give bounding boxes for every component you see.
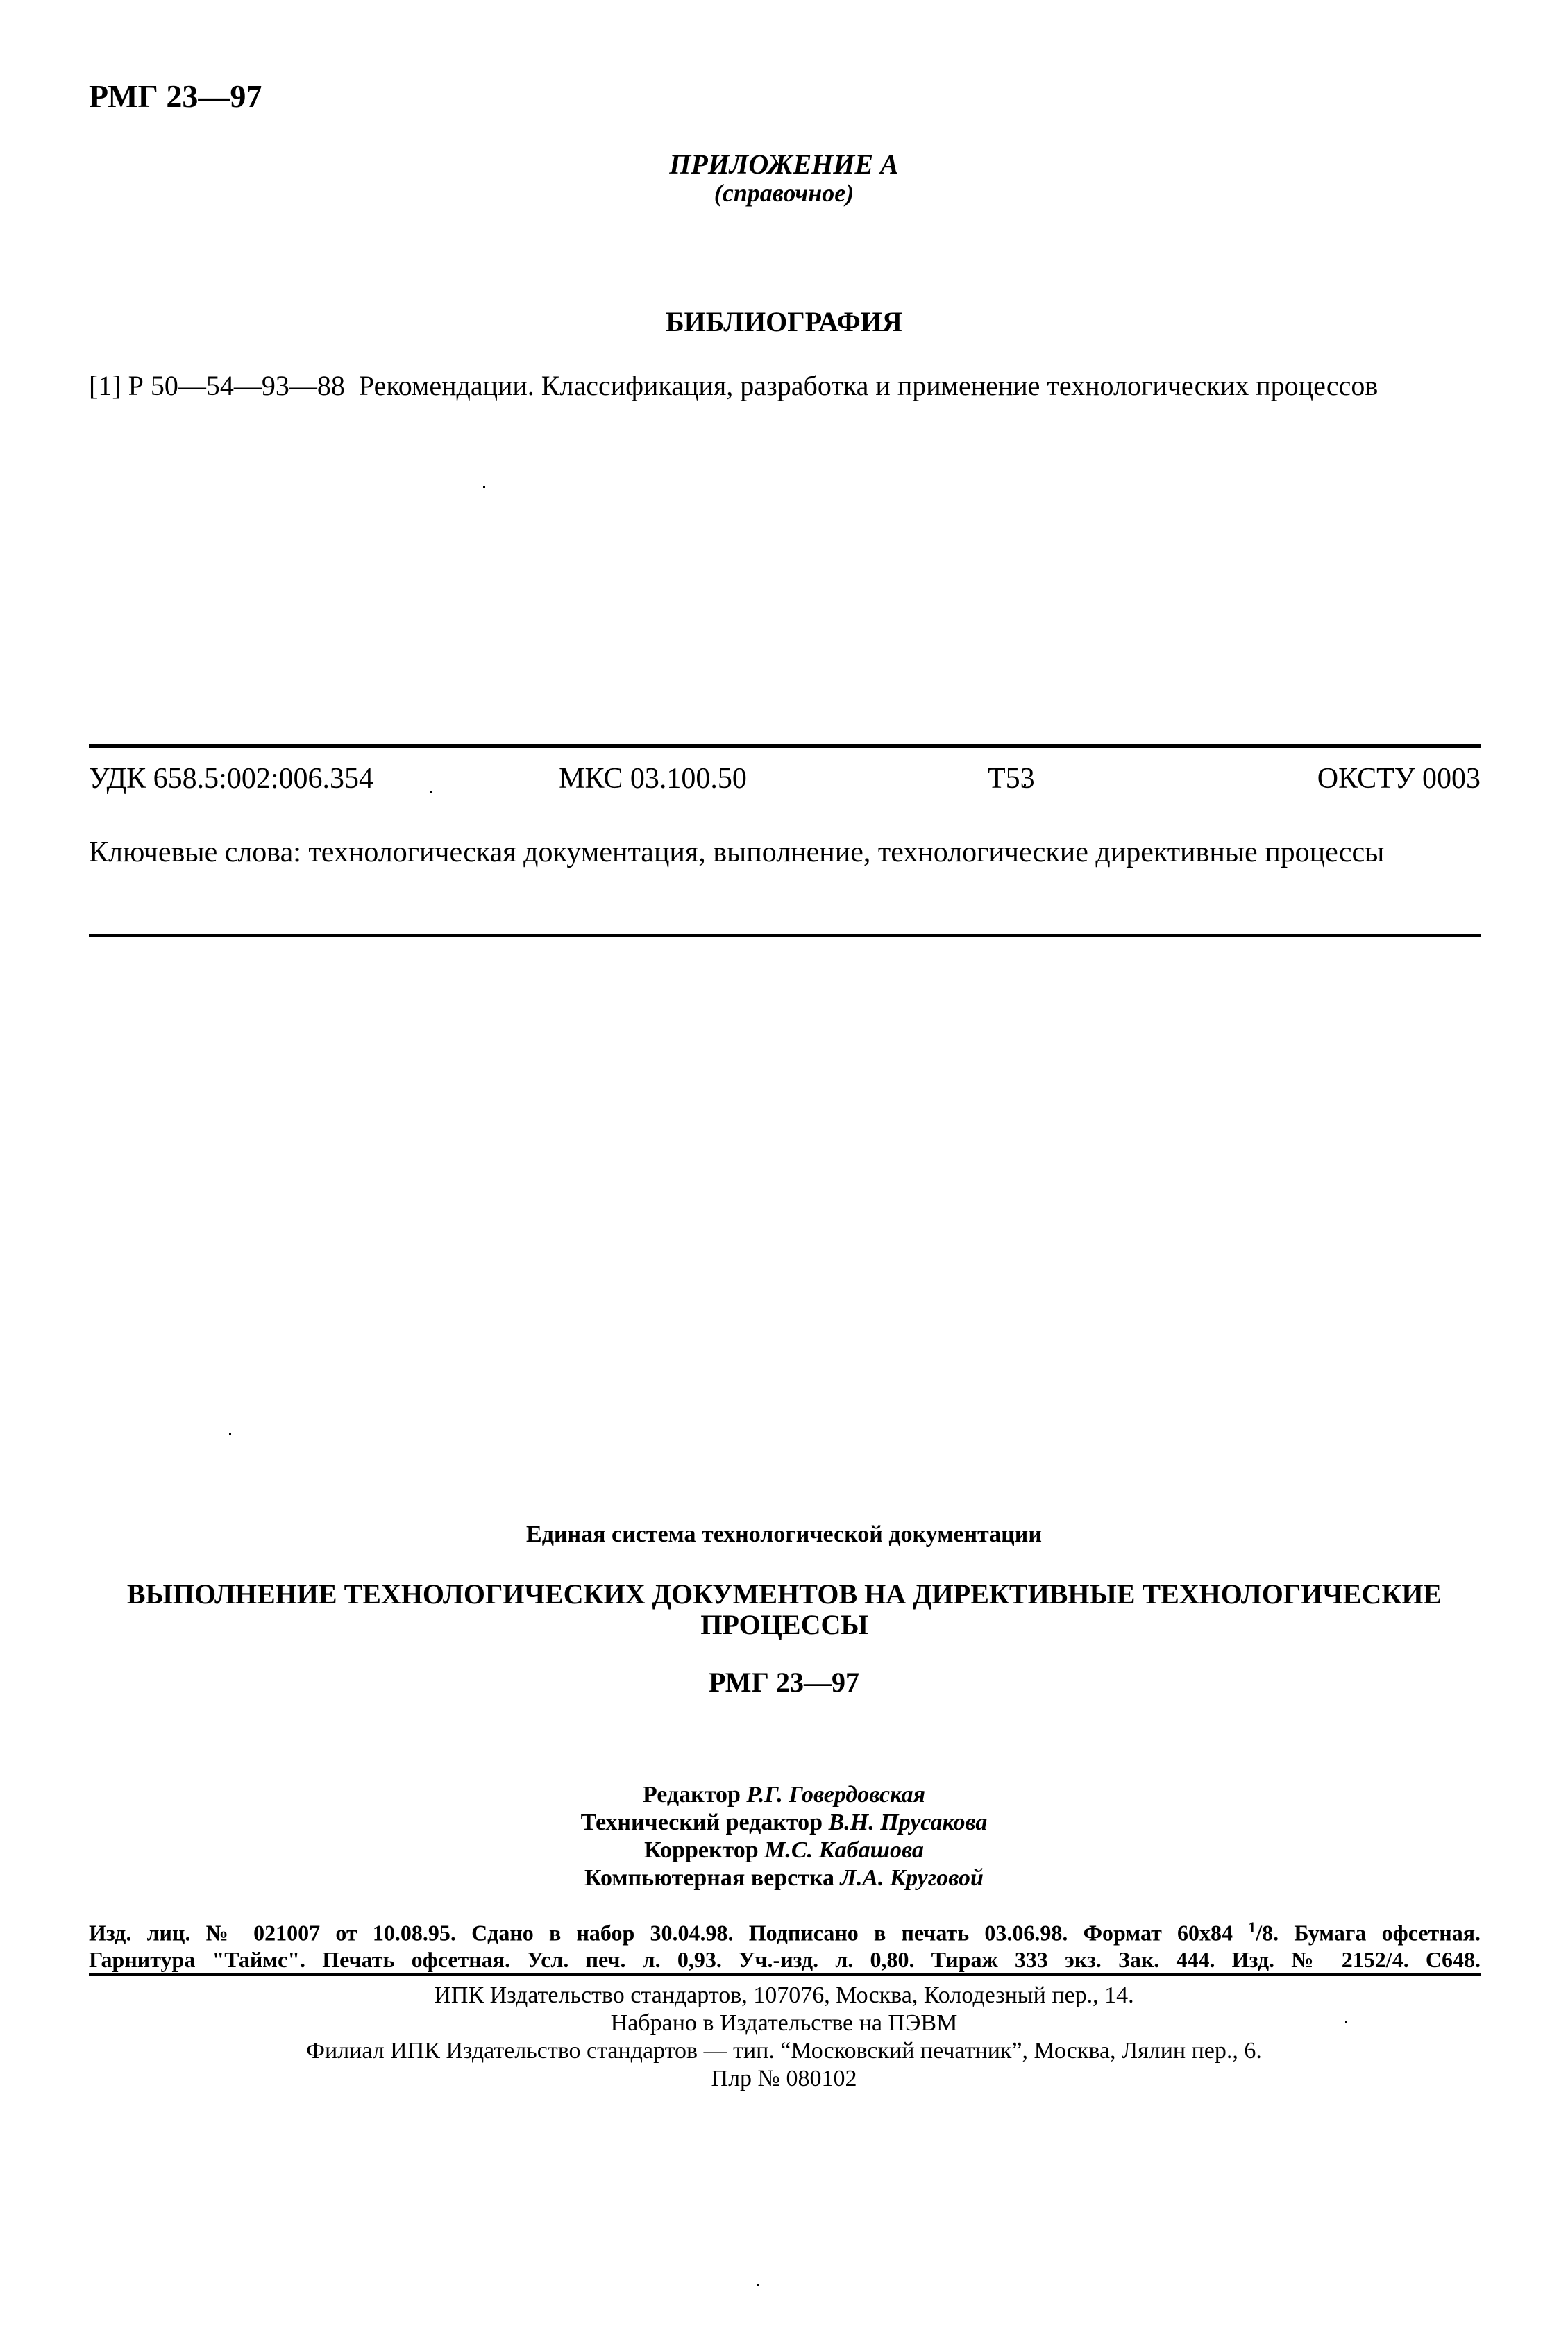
format-fraction-denominator: /8 bbox=[1256, 1921, 1273, 1946]
udk-code: УДК 658.5:002:006.354 bbox=[89, 762, 373, 795]
credit-name: Л.А. Круговой bbox=[841, 1865, 984, 1891]
bibliography-entry-text: Рекомендации. Классификация, разработка … bbox=[359, 370, 1378, 401]
divider-bottom bbox=[89, 934, 1481, 937]
format-fraction-numerator: 1 bbox=[1248, 1919, 1256, 1936]
appendix-subtitle: (справочное) bbox=[0, 178, 1568, 208]
classification-row: УДК 658.5:002:006.354 МКС 03.100.50 Т53 … bbox=[89, 762, 1481, 795]
group-code: Т53 bbox=[988, 762, 1035, 795]
scan-speck bbox=[229, 1433, 231, 1435]
credit-editor: Редактор Р.Г. Говердовская bbox=[0, 1781, 1568, 1809]
document-code: РМГ 23—97 bbox=[0, 1666, 1568, 1699]
divider-top bbox=[89, 744, 1481, 748]
scan-speck bbox=[757, 2284, 759, 2286]
keywords-text: технологическая документация, выполнение… bbox=[308, 836, 1384, 868]
keywords: Ключевые слова: технологическая документ… bbox=[89, 833, 1481, 872]
okstu-code: ОКСТУ 0003 bbox=[1317, 762, 1481, 795]
appendix-title: ПРИЛОЖЕНИЕ А bbox=[0, 148, 1568, 180]
bibliography-entry: [1] Р 50—54—93—88 Рекомендации. Классифи… bbox=[89, 369, 1378, 402]
document-title-line-1: ВЫПОЛНЕНИЕ ТЕХНОЛОГИЧЕСКИХ ДОКУМЕНТОВ НА… bbox=[104, 1579, 1465, 1610]
imprint: Изд. лиц. № 021007 от 10.08.95. Сдано в … bbox=[89, 1914, 1481, 1973]
scan-speck bbox=[483, 486, 485, 488]
credit-name: М.С. Кабашова bbox=[764, 1837, 924, 1863]
credit-role: Редактор bbox=[643, 1782, 741, 1807]
imprint-line-2: Гарнитура "Таймс". Печать офсетная. Усл.… bbox=[89, 1946, 1481, 1973]
publisher-line-4: Плр № 080102 bbox=[0, 2065, 1568, 2093]
credits: Редактор Р.Г. Говердовская Технический р… bbox=[0, 1781, 1568, 1892]
publisher-line-2: Набрано в Издательстве на ПЭВМ bbox=[0, 2009, 1568, 2037]
credit-tech-editor: Технический редактор В.Н. Прусакова bbox=[0, 1809, 1568, 1837]
bibliography-title: БИБЛИОГРАФИЯ bbox=[0, 305, 1568, 338]
scan-speck bbox=[430, 791, 432, 793]
publisher-line-1: ИПК Издательство стандартов, 107076, Мос… bbox=[0, 1982, 1568, 2009]
imprint-line-1: Изд. лиц. № 021007 от 10.08.95. Сдано в … bbox=[89, 1914, 1481, 1946]
credit-role: Технический редактор bbox=[581, 1810, 823, 1835]
imprint-text: Изд. лиц. № 021007 от 10.08.95. Сдано в … bbox=[89, 1921, 1233, 1946]
credit-role: Корректор bbox=[644, 1837, 759, 1863]
mks-code: МКС 03.100.50 bbox=[559, 762, 747, 795]
page-header-code: РМГ 23—97 bbox=[89, 78, 262, 115]
publisher-line-3: Филиал ИПК Издательство стандартов — тип… bbox=[0, 2037, 1568, 2065]
keywords-label: Ключевые слова: bbox=[89, 836, 301, 868]
credit-corrector: Корректор М.С. Кабашова bbox=[0, 1837, 1568, 1864]
bibliography-entry-code: Р 50—54—93—88 bbox=[128, 370, 345, 401]
credit-name: В.Н. Прусакова bbox=[829, 1810, 988, 1835]
document-title-line-2: ПРОЦЕССЫ bbox=[104, 1610, 1465, 1640]
document-title: ВЫПОЛНЕНИЕ ТЕХНОЛОГИЧЕСКИХ ДОКУМЕНТОВ НА… bbox=[104, 1579, 1465, 1640]
bibliography-entry-number: [1] bbox=[89, 370, 121, 401]
imprint-text: . Бумага офсетная. bbox=[1273, 1921, 1481, 1946]
credit-name: Р.Г. Говердовская bbox=[746, 1782, 925, 1807]
credit-layout: Компьютерная верстка Л.А. Круговой bbox=[0, 1864, 1568, 1892]
divider-imprint bbox=[89, 1973, 1481, 1976]
credit-role: Компьютерная верстка bbox=[584, 1865, 834, 1891]
scan-speck bbox=[1345, 2021, 1347, 2023]
scan-speck bbox=[1024, 784, 1026, 786]
series-title: Единая система технологической документа… bbox=[0, 1522, 1568, 1548]
publisher-info: ИПК Издательство стандартов, 107076, Мос… bbox=[0, 1982, 1568, 2093]
